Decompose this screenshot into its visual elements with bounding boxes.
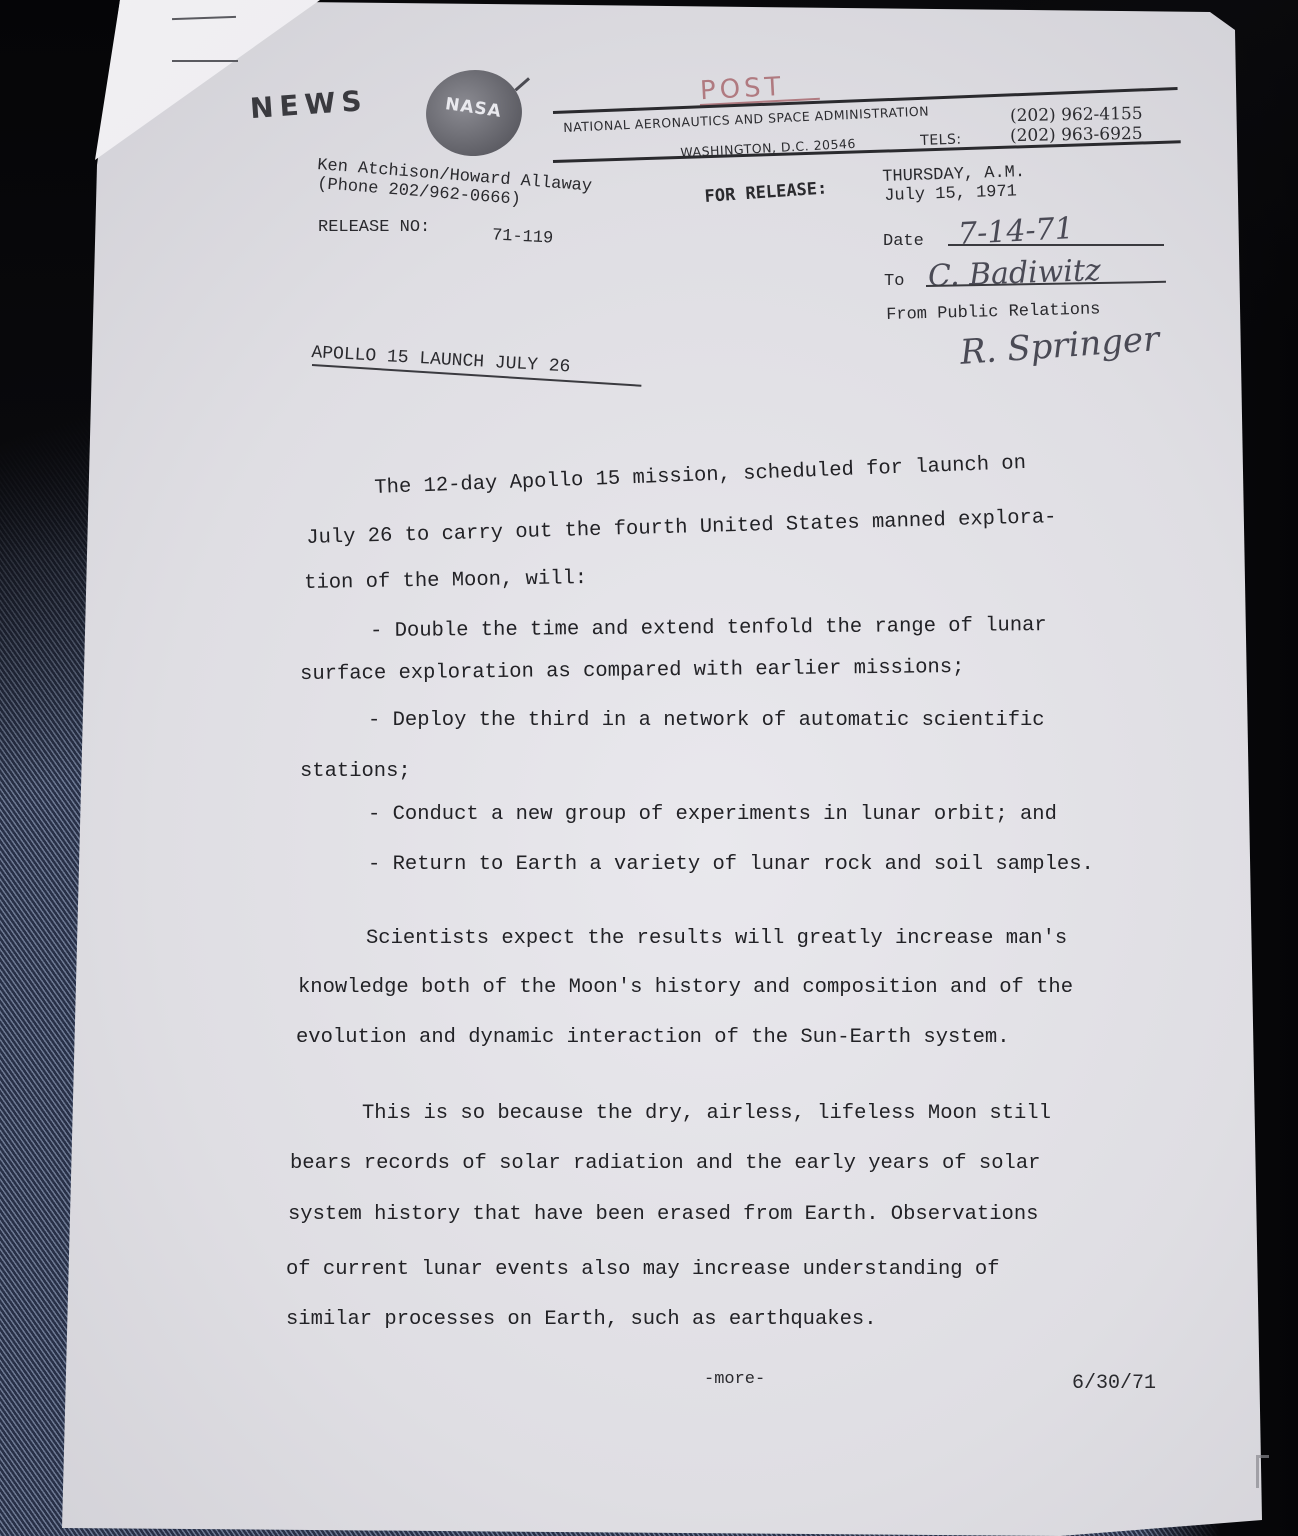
corner-stamp-mark-icon bbox=[1256, 1455, 1269, 1488]
routing-date-label: Date bbox=[883, 232, 924, 251]
paragraph-3-line-5: similar processes on Earth, such as eart… bbox=[286, 1308, 877, 1331]
bullet-2-line-2: stations; bbox=[300, 760, 411, 783]
release-number-label: RELEASE NO: bbox=[318, 218, 430, 237]
more-continuation: -more- bbox=[704, 1370, 765, 1389]
routing-to-value: C. Badiwitz bbox=[927, 253, 1101, 294]
paragraph-2-line-2: knowledge both of the Moon's history and… bbox=[298, 976, 1073, 999]
nasa-logo-text: NASA bbox=[432, 93, 514, 124]
phone-number-2: (202) 963-6925 bbox=[1010, 124, 1143, 146]
paragraph-3-line-3: system history that have been erased fro… bbox=[288, 1203, 1038, 1226]
paragraph-2-line-1: Scientists expect the results will great… bbox=[366, 927, 1067, 950]
footer-date: 6/30/71 bbox=[1072, 1372, 1156, 1395]
date-line bbox=[948, 244, 1164, 246]
bullet-2-line-1: - Deploy the third in a network of autom… bbox=[368, 709, 1045, 732]
paragraph-3-line-1: This is so because the dry, airless, lif… bbox=[362, 1102, 1051, 1125]
press-release-page bbox=[0, 0, 1298, 1536]
paragraph-3-line-2: bears records of solar radiation and the… bbox=[290, 1152, 1040, 1175]
tels-label: TELS: bbox=[920, 132, 962, 149]
release-number: 71-119 bbox=[492, 226, 554, 248]
phone-number-1: (202) 962-4155 bbox=[1010, 104, 1143, 126]
bullet-3: - Conduct a new group of experiments in … bbox=[368, 803, 1057, 826]
bullet-4: - Return to Earth a variety of lunar roc… bbox=[368, 853, 1094, 876]
paragraph-1-line-3: tion of the Moon, will: bbox=[304, 567, 587, 595]
staple-mark-icon bbox=[172, 60, 238, 62]
routing-to-label: To bbox=[884, 272, 904, 291]
paragraph-2-line-3: evolution and dynamic interaction of the… bbox=[296, 1026, 1010, 1049]
paragraph-3-line-4: of current lunar events also may increas… bbox=[286, 1258, 1000, 1281]
